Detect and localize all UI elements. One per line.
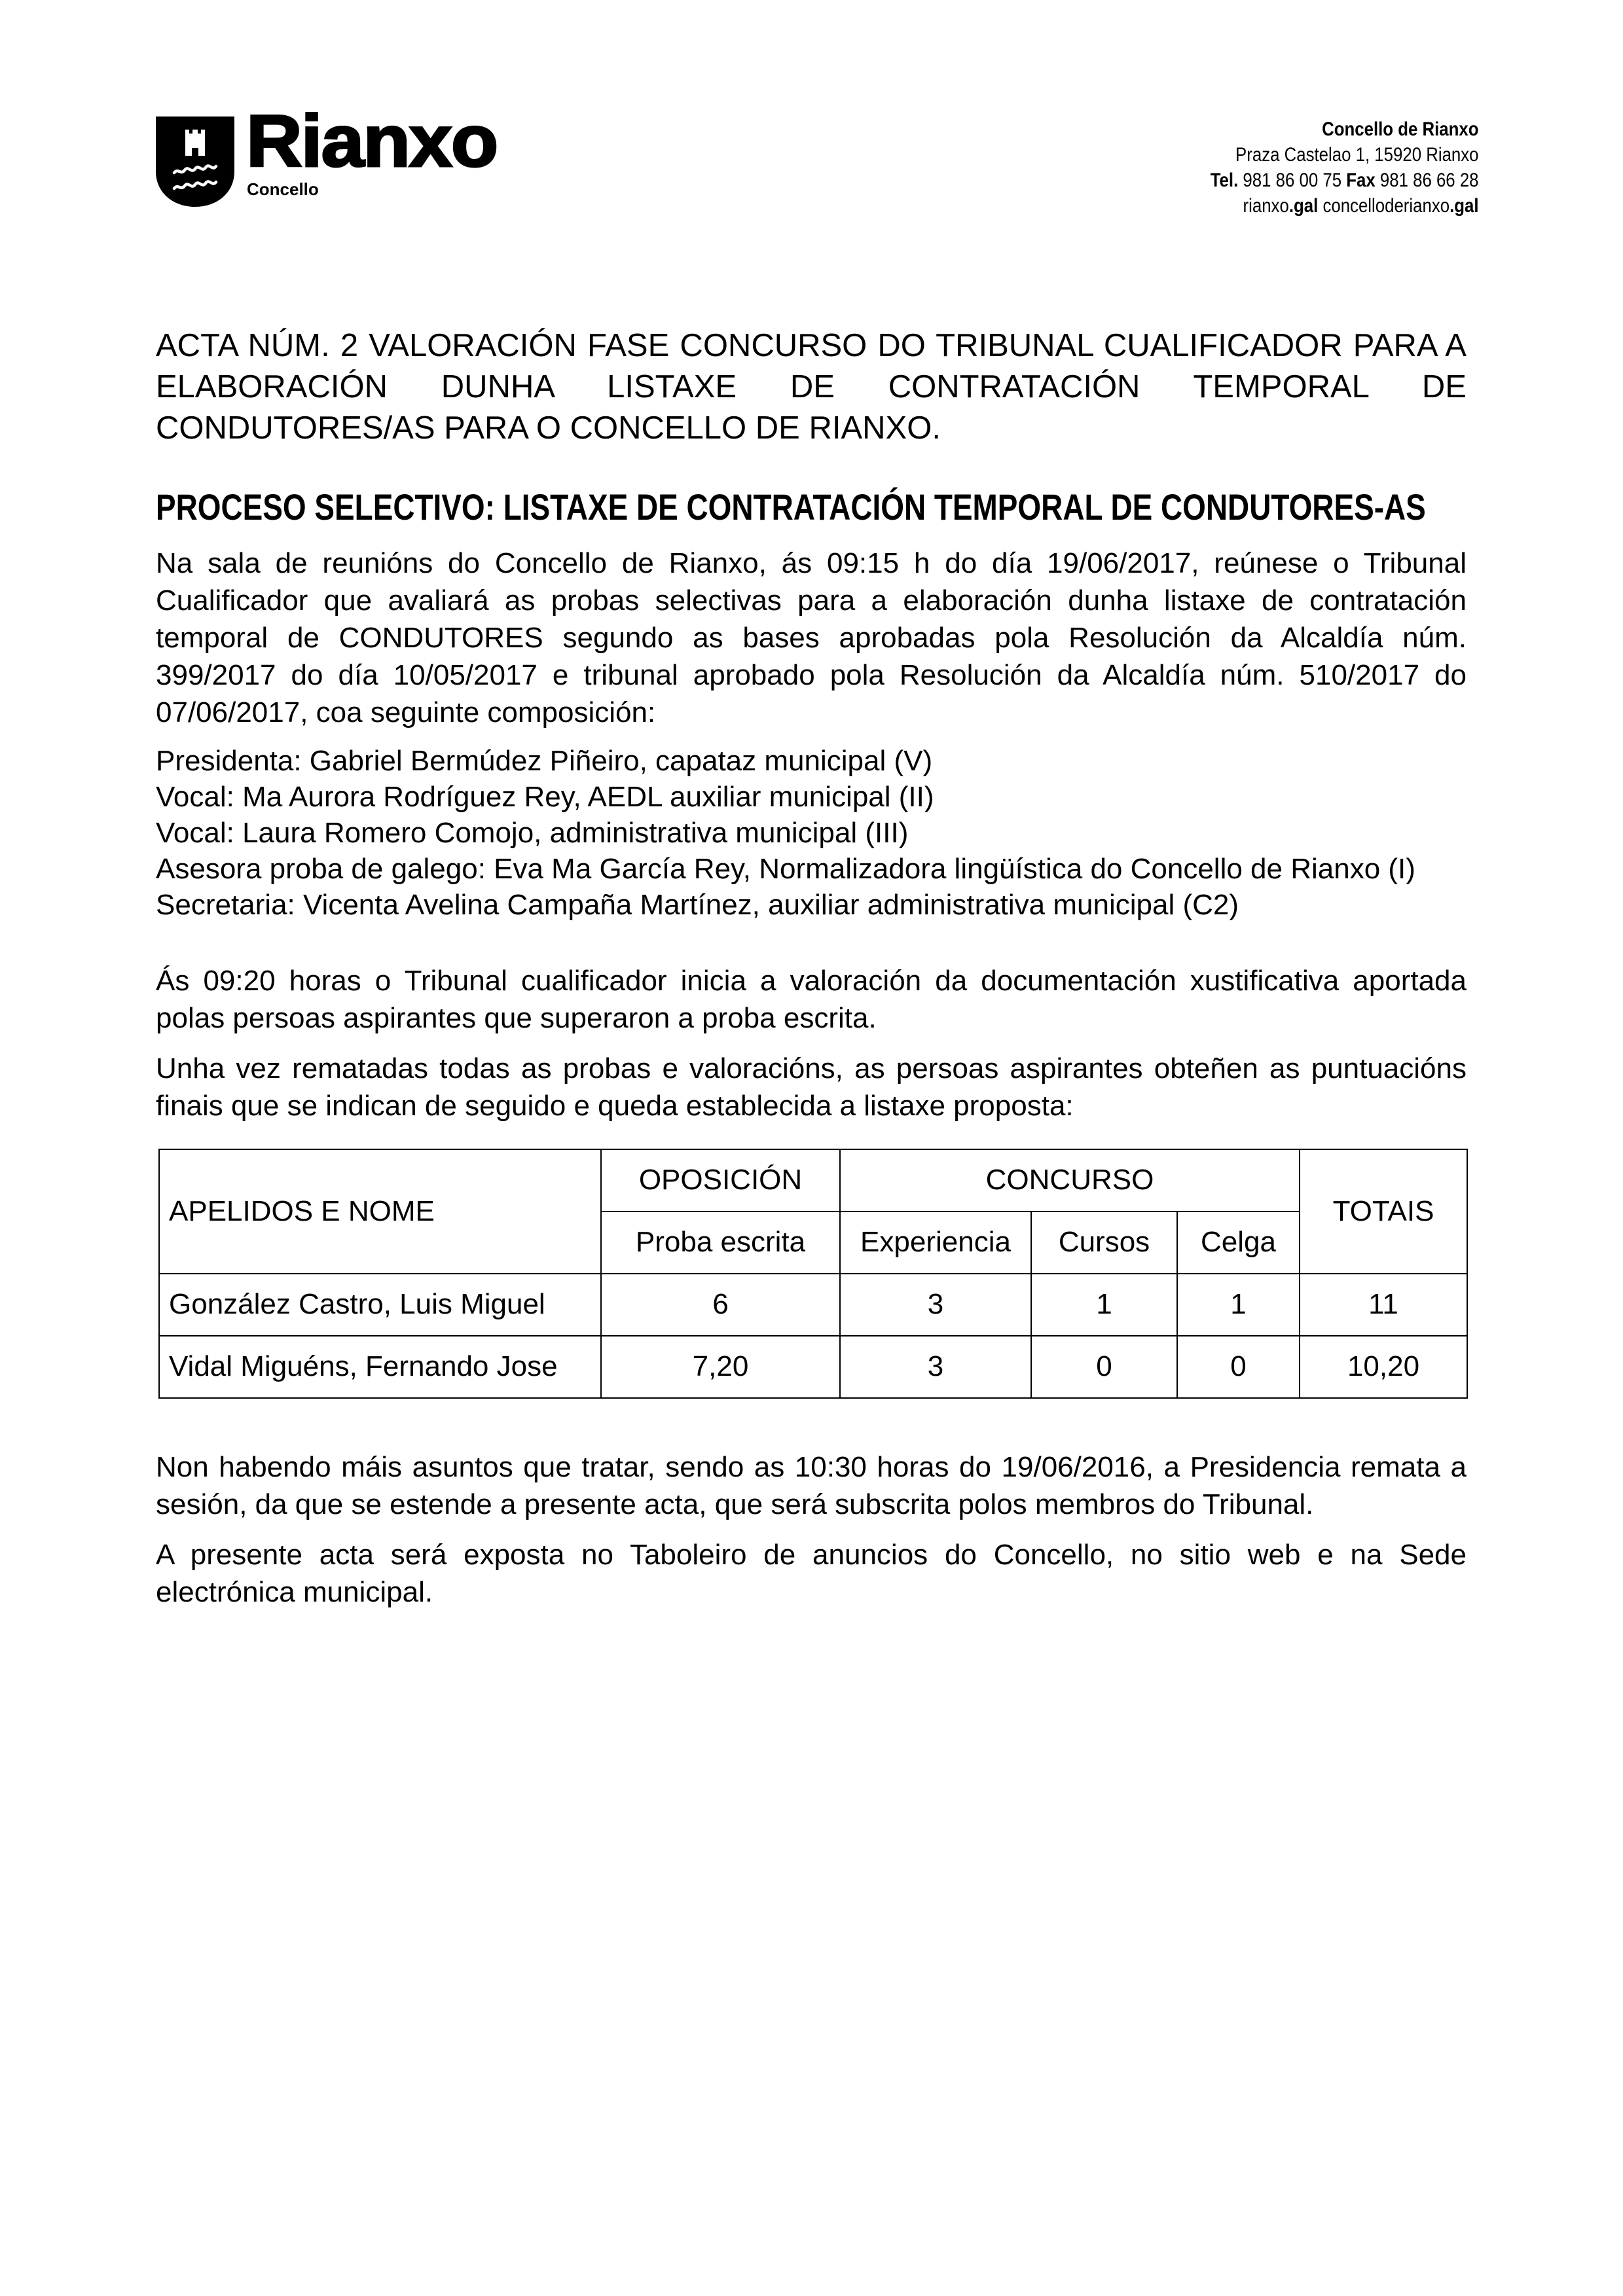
header-group-oposicion: OPOSICIÓN <box>601 1149 840 1211</box>
cell-name: González Castro, Luis Miguel <box>159 1274 601 1336</box>
table-row: Vidal Miguéns, Fernando Jose 7,20 3 0 0 … <box>159 1336 1467 1398</box>
concello-logo: Rianxo Concello <box>155 115 508 213</box>
cell-experiencia: 3 <box>840 1274 1031 1336</box>
cell-total: 10,20 <box>1300 1336 1467 1398</box>
fax-number: 981 86 66 28 <box>1380 170 1479 191</box>
member-item: Asesora proba de galego: Eva Ma García R… <box>156 851 1467 887</box>
cell-name: Vidal Miguéns, Fernando Jose <box>159 1336 601 1398</box>
cell-cursos: 0 <box>1031 1336 1177 1398</box>
cell-celga: 0 <box>1177 1336 1300 1398</box>
member-item: Secretaria: Vicenta Avelina Campaña Mart… <box>156 887 1467 923</box>
closing-section: Non habendo máis asuntos que tratar, sen… <box>156 1448 1467 1611</box>
website-prefix: concelloderianxo <box>1323 195 1450 217</box>
cell-proba-escrita: 7,20 <box>601 1336 840 1398</box>
cell-proba-escrita: 6 <box>601 1274 840 1336</box>
results-paragraph: Unha vez rematadas todas as probas e val… <box>156 1050 1467 1124</box>
header-group-concurso: CONCURSO <box>840 1149 1300 1211</box>
organization-contact-block: Concello de Rianxo Praza Castelao 1, 159… <box>1211 117 1479 219</box>
shield-castle-waves-icon <box>155 115 236 208</box>
intro-paragraph: Na sala de reunións do Concello de Rianx… <box>156 545 1467 731</box>
website-link-rianxo[interactable]: rianxo.gal <box>1243 195 1319 217</box>
logo-wordmark: Rianxo <box>246 105 497 178</box>
table-header-row: APELIDOS E NOME OPOSICIÓN CONCURSO TOTAI… <box>159 1149 1467 1211</box>
start-paragraph: Ás 09:20 horas o Tribunal cualificador i… <box>156 962 1467 1037</box>
website-link-concelloderianxo[interactable]: concelloderianxo.gal <box>1323 195 1479 217</box>
section-heading: PROCESO SELECTIVO: LISTAXE DE CONTRATACI… <box>156 486 1467 529</box>
closing-paragraph: Non habendo máis asuntos que tratar, sen… <box>156 1448 1467 1523</box>
website-suffix: .gal <box>1450 195 1479 217</box>
scores-table: APELIDOS E NOME OPOSICIÓN CONCURSO TOTAI… <box>158 1149 1468 1399</box>
header-name: APELIDOS E NOME <box>159 1149 601 1274</box>
subheader-celga: Celga <box>1177 1211 1300 1274</box>
cell-cursos: 1 <box>1031 1274 1177 1336</box>
document-body: ACTA NÚM. 2 VALORACIÓN FASE CONCURSO DO … <box>156 325 1467 1124</box>
member-item: Vocal: Ma Aurora Rodríguez Rey, AEDL aux… <box>156 779 1467 815</box>
tel-label: Tel. <box>1211 170 1239 191</box>
logo-subtitle: Concello <box>247 181 319 198</box>
cell-celga: 1 <box>1177 1274 1300 1336</box>
organization-address: Praza Castelao 1, 15920 Rianxo <box>1211 142 1479 168</box>
cell-experiencia: 3 <box>840 1336 1031 1398</box>
website-prefix: rianxo <box>1243 195 1289 217</box>
organization-websites: rianxo.gal concelloderianxo.gal <box>1211 193 1479 219</box>
tribunal-members-list: Presidenta: Gabriel Bermúdez Piñeiro, ca… <box>156 743 1467 923</box>
document-title: ACTA NÚM. 2 VALORACIÓN FASE CONCURSO DO … <box>156 325 1467 449</box>
tel-number: 981 86 00 75 <box>1243 170 1342 191</box>
subheader-experiencia: Experiencia <box>840 1211 1031 1274</box>
publication-paragraph: A presente acta será exposta no Taboleir… <box>156 1536 1467 1611</box>
organization-phones: Tel. 981 86 00 75 Fax 981 86 66 28 <box>1211 168 1479 193</box>
fax-label: Fax <box>1347 170 1376 191</box>
header-totais: TOTAIS <box>1300 1149 1467 1274</box>
organization-name: Concello de Rianxo <box>1211 117 1479 142</box>
member-item: Vocal: Laura Romero Comojo, administrati… <box>156 815 1467 851</box>
table-row: González Castro, Luis Miguel 6 3 1 1 11 <box>159 1274 1467 1336</box>
cell-total: 11 <box>1300 1274 1467 1336</box>
subheader-cursos: Cursos <box>1031 1211 1177 1274</box>
subheader-proba-escrita: Proba escrita <box>601 1211 840 1274</box>
website-suffix: .gal <box>1289 195 1318 217</box>
member-item: Presidenta: Gabriel Bermúdez Piñeiro, ca… <box>156 743 1467 779</box>
